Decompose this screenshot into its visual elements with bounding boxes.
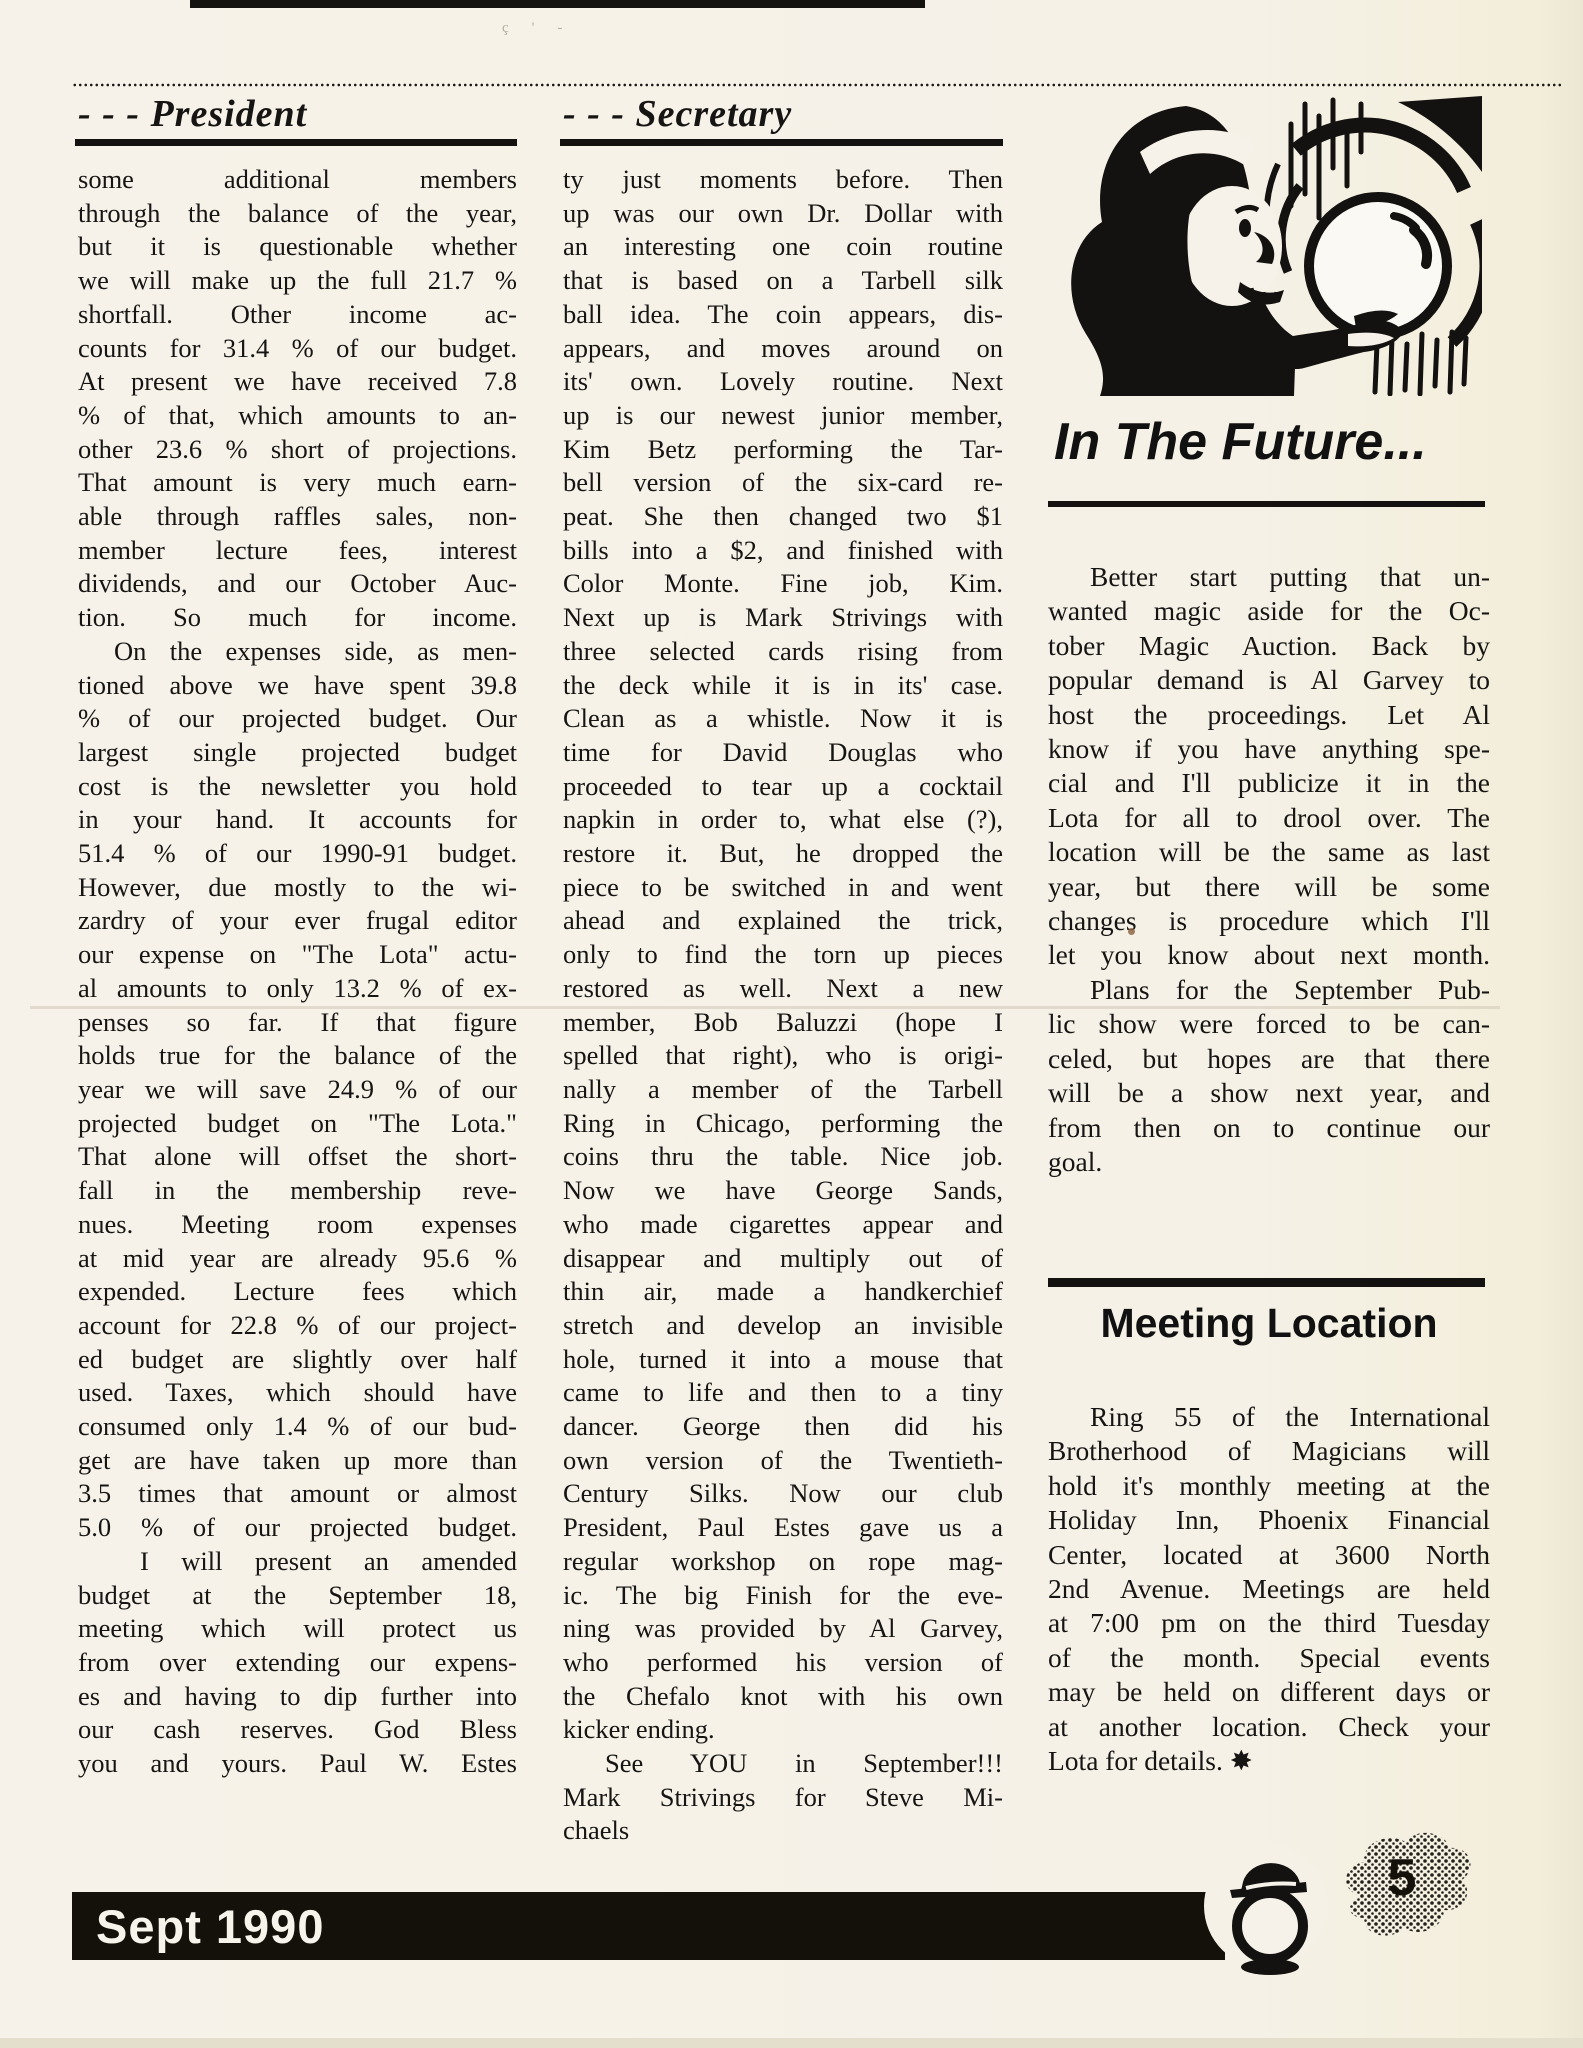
text-line: projected budget on "The Lota." bbox=[78, 1107, 517, 1141]
text-line: from then on to continue our bbox=[1048, 1111, 1490, 1145]
text-line: % of that, which amounts to an- bbox=[78, 399, 517, 433]
text-line: year, but there will be some bbox=[1048, 870, 1490, 904]
scan-artifact-smudge: ç ' - bbox=[502, 20, 572, 37]
meeting-section-heading: Meeting Location bbox=[1048, 1300, 1490, 1347]
text-line: proceeded to tear up a cocktail bbox=[563, 770, 1003, 804]
text-line: ic. The big Finish for the eve- bbox=[563, 1579, 1003, 1613]
text-line: dividends, and our October Auc- bbox=[78, 567, 517, 601]
text-line: get are have taken up more than bbox=[78, 1444, 517, 1478]
paragraph: Ring 55 of the InternationalBrotherhood … bbox=[1048, 1400, 1490, 1778]
paragraph: I will present an amendedbudget at the S… bbox=[78, 1545, 517, 1781]
text-line: tober Magic Auction. Back by bbox=[1048, 629, 1490, 663]
text-line: at another location. Check your bbox=[1048, 1710, 1490, 1744]
text-line: Lota for all to drool over. The bbox=[1048, 801, 1490, 835]
text-line: up was our own Dr. Dollar with bbox=[563, 197, 1003, 231]
text-line: location will be the same as last bbox=[1048, 835, 1490, 869]
text-line: hole, turned it into a mouse that bbox=[563, 1343, 1003, 1377]
text-line: the deck while it is in its' case. bbox=[563, 669, 1003, 703]
text-line: piece to be switched in and went bbox=[563, 871, 1003, 905]
text-line: hold it's monthly meeting at the bbox=[1048, 1469, 1490, 1503]
text-line: popular demand is Al Garvey to bbox=[1048, 663, 1490, 697]
text-line: changes is procedure which I'll bbox=[1048, 904, 1490, 938]
text-line: bills into a $2, and finished with bbox=[563, 534, 1003, 568]
text-line: 5.0 % of our projected budget. bbox=[78, 1511, 517, 1545]
text-line: Clean as a whistle. Now it is bbox=[563, 702, 1003, 736]
text-line: Better start putting that un- bbox=[1048, 560, 1490, 594]
text-line: we will make up the full 21.7 % bbox=[78, 264, 517, 298]
secretary-column-text: ty just moments before. Thenup was our o… bbox=[563, 163, 1003, 1848]
text-line: thin air, made a handkerchief bbox=[563, 1275, 1003, 1309]
text-line: stretch and develop an invisible bbox=[563, 1309, 1003, 1343]
text-line: See YOU in September!!! bbox=[563, 1747, 1003, 1781]
text-line: other 23.6 % short of projections. bbox=[78, 433, 517, 467]
issue-date-label: Sept 1990 bbox=[72, 1899, 324, 1954]
text-line: That alone will offset the short- bbox=[78, 1140, 517, 1174]
secretary-heading-rule bbox=[560, 139, 1003, 146]
text-line: our expense on "The Lota" actu- bbox=[78, 938, 517, 972]
text-line: at mid year are already 95.6 % bbox=[78, 1242, 517, 1276]
text-line: from over extending our expens- bbox=[78, 1646, 517, 1680]
text-line: ahead and explained the trick, bbox=[563, 904, 1003, 938]
paragraph: Plans for the September Pub-lic show wer… bbox=[1048, 973, 1490, 1179]
text-line: cost is the newsletter you hold bbox=[78, 770, 517, 804]
text-line: napkin in order to, what else (?), bbox=[563, 803, 1003, 837]
text-line: holds true for the balance of the bbox=[78, 1039, 517, 1073]
secretary-section-heading: - - - Secretary bbox=[563, 92, 1003, 140]
text-line: an interesting one coin routine bbox=[563, 230, 1003, 264]
text-line: nally a member of the Tarbell bbox=[563, 1073, 1003, 1107]
text-line: fall in the membership reve- bbox=[78, 1174, 517, 1208]
footer-bar: Sept 1990 bbox=[72, 1892, 1225, 1960]
text-line: you and yours. Paul W. Estes bbox=[78, 1747, 517, 1781]
text-line: However, due mostly to the wi- bbox=[78, 871, 517, 905]
text-line: but it is questionable whether bbox=[78, 230, 517, 264]
text-line: zardry of your ever frugal editor bbox=[78, 904, 517, 938]
text-line: budget at the September 18, bbox=[78, 1579, 517, 1613]
text-line: nues. Meeting room expenses bbox=[78, 1208, 517, 1242]
text-line: wanted magic aside for the Oc- bbox=[1048, 594, 1490, 628]
text-line: appears, and moves around on bbox=[563, 332, 1003, 366]
text-line: who made cigarettes appear and bbox=[563, 1208, 1003, 1242]
text-line: expended. Lecture fees which bbox=[78, 1275, 517, 1309]
paragraph: See YOU in September!!!Mark Strivings fo… bbox=[563, 1747, 1003, 1848]
text-line: tion. So much for income. bbox=[78, 601, 517, 635]
text-line: three selected cards rising from bbox=[563, 635, 1003, 669]
text-line: Plans for the September Pub- bbox=[1048, 973, 1490, 1007]
text-line: bell version of the six-card re- bbox=[563, 466, 1003, 500]
text-line: es and having to dip further into bbox=[78, 1680, 517, 1714]
text-line: celed, but hopes are that there bbox=[1048, 1042, 1490, 1076]
text-line: President, Paul Estes gave us a bbox=[563, 1511, 1003, 1545]
fortune-teller-crystal-ball-illustration bbox=[1048, 94, 1482, 396]
text-line: regular workshop on rope mag- bbox=[563, 1545, 1003, 1579]
text-line: Color Monte. Fine job, Kim. bbox=[563, 567, 1003, 601]
text-line: At present we have received 7.8 bbox=[78, 365, 517, 399]
lota-lamp-icon bbox=[1226, 1846, 1314, 1976]
text-line: ning was provided by Al Garvey, bbox=[563, 1612, 1003, 1646]
text-line: Kim Betz performing the Tar- bbox=[563, 433, 1003, 467]
text-line: Ring 55 of the International bbox=[1048, 1400, 1490, 1434]
text-line: Holiday Inn, Phoenix Financial bbox=[1048, 1503, 1490, 1537]
text-line: used. Taxes, which should have bbox=[78, 1376, 517, 1410]
text-line: restore it. But, he dropped the bbox=[563, 837, 1003, 871]
text-line: ball idea. The coin appears, dis- bbox=[563, 298, 1003, 332]
text-line: restored as well. Next a new bbox=[563, 972, 1003, 1006]
text-line: Century Silks. Now our club bbox=[563, 1477, 1003, 1511]
text-line: of the month. Special events bbox=[1048, 1641, 1490, 1675]
text-line: up is our newest junior member, bbox=[563, 399, 1003, 433]
text-line: member, Bob Baluzzi (hope I bbox=[563, 1006, 1003, 1040]
text-line: own version of the Twentieth- bbox=[563, 1444, 1003, 1478]
paragraph: ty just moments before. Thenup was our o… bbox=[563, 163, 1003, 1747]
text-line: Now we have George Sands, bbox=[563, 1174, 1003, 1208]
text-line: in your hand. It accounts for bbox=[78, 803, 517, 837]
text-line: counts for 31.4 % of our budget. bbox=[78, 332, 517, 366]
text-line: meeting which will protect us bbox=[78, 1612, 517, 1646]
text-line: chaels bbox=[563, 1814, 1003, 1848]
text-line: may be held on different days or bbox=[1048, 1675, 1490, 1709]
text-line: 2nd Avenue. Meetings are held bbox=[1048, 1572, 1490, 1606]
text-line: coins thru the table. Nice job. bbox=[563, 1140, 1003, 1174]
text-line: I will present an amended bbox=[78, 1545, 517, 1579]
text-line: Next up is Mark Strivings with bbox=[563, 601, 1003, 635]
text-line: ed budget are slightly over half bbox=[78, 1343, 517, 1377]
text-line: disappear and multiply out of bbox=[563, 1242, 1003, 1276]
text-line: spelled that right), who is origi- bbox=[563, 1039, 1003, 1073]
text-line: our cash reserves. God Bless bbox=[78, 1713, 517, 1747]
text-line: On the expenses side, as men- bbox=[78, 635, 517, 669]
text-line: 51.4 % of our 1990-91 budget. bbox=[78, 837, 517, 871]
text-line: its' own. Lovely routine. Next bbox=[563, 365, 1003, 399]
text-line: lic show were forced to be can- bbox=[1048, 1007, 1490, 1041]
text-line: shortfall. Other income ac- bbox=[78, 298, 517, 332]
text-line: consumed only 1.4 % of our bud- bbox=[78, 1410, 517, 1444]
text-line: tioned above we have spent 39.8 bbox=[78, 669, 517, 703]
text-line: goal. bbox=[1048, 1145, 1490, 1179]
text-line: Brotherhood of Magicians will bbox=[1048, 1434, 1490, 1468]
future-heading-rule bbox=[1048, 501, 1485, 507]
text-line: will be a show next year, and bbox=[1048, 1076, 1490, 1110]
text-line: al amounts to only 13.2 % of ex- bbox=[78, 972, 517, 1006]
text-line: ty just moments before. Then bbox=[563, 163, 1003, 197]
text-line: know if you have anything spe- bbox=[1048, 732, 1490, 766]
newsletter-page: ç ' - - - - President some additional me… bbox=[0, 0, 1583, 2048]
meeting-column-text: Ring 55 of the InternationalBrotherhood … bbox=[1048, 1400, 1490, 1778]
future-section-heading: In The Future... bbox=[1054, 412, 1490, 472]
text-line: at 7:00 pm on the third Tuesday bbox=[1048, 1606, 1490, 1640]
text-line: peat. She then changed two $1 bbox=[563, 500, 1003, 534]
text-line: some additional members bbox=[78, 163, 517, 197]
paragraph: Better start putting that un-wanted magi… bbox=[1048, 560, 1490, 973]
text-line: host the proceedings. Let Al bbox=[1048, 698, 1490, 732]
paper-edge bbox=[0, 2038, 1583, 2048]
paragraph: some additional membersthrough the balan… bbox=[78, 163, 517, 635]
president-heading-rule bbox=[75, 139, 517, 146]
text-line: Mark Strivings for Steve Mi- bbox=[563, 1781, 1003, 1815]
text-line: % of our projected budget. Our bbox=[78, 702, 517, 736]
page-number: 5 bbox=[1372, 1848, 1432, 1908]
text-line: Ring in Chicago, performing the bbox=[563, 1107, 1003, 1141]
text-line: only to find the torn up pieces bbox=[563, 938, 1003, 972]
text-line: cial and I'll publicize it in the bbox=[1048, 766, 1490, 800]
paper-speck bbox=[1128, 928, 1135, 935]
text-line: year we will save 24.9 % of our bbox=[78, 1073, 517, 1107]
text-line: dancer. George then did his bbox=[563, 1410, 1003, 1444]
dotted-divider bbox=[72, 83, 1564, 87]
text-line: able through raffles sales, non- bbox=[78, 500, 517, 534]
text-line: time for David Douglas who bbox=[563, 736, 1003, 770]
text-line: Center, located at 3600 North bbox=[1048, 1538, 1490, 1572]
text-line: 3.5 times that amount or almost bbox=[78, 1477, 517, 1511]
text-line: penses so far. If that figure bbox=[78, 1006, 517, 1040]
scan-artifact-top bbox=[190, 0, 925, 8]
text-line: let you know about next month. bbox=[1048, 938, 1490, 972]
meeting-heading-rule bbox=[1048, 1278, 1485, 1287]
text-line: member lecture fees, interest bbox=[78, 534, 517, 568]
paragraph: On the expenses side, as men-tioned abov… bbox=[78, 635, 517, 1545]
text-line: account for 22.8 % of our project- bbox=[78, 1309, 517, 1343]
text-line: largest single projected budget bbox=[78, 736, 517, 770]
text-line: kicker ending. bbox=[563, 1713, 1003, 1747]
text-line: that is based on a Tarbell silk bbox=[563, 264, 1003, 298]
president-section-heading: - - - President bbox=[78, 92, 518, 140]
text-line: through the balance of the year, bbox=[78, 197, 517, 231]
text-line: the Chefalo knot with his own bbox=[563, 1680, 1003, 1714]
text-line: Lota for details. ✸ bbox=[1048, 1744, 1490, 1778]
text-line: who performed his version of bbox=[563, 1646, 1003, 1680]
text-line: That amount is very much earn- bbox=[78, 466, 517, 500]
text-line: came to life and then to a tiny bbox=[563, 1376, 1003, 1410]
future-column-text: Better start putting that un-wanted magi… bbox=[1048, 560, 1490, 1179]
president-column-text: some additional membersthrough the balan… bbox=[78, 163, 517, 1781]
